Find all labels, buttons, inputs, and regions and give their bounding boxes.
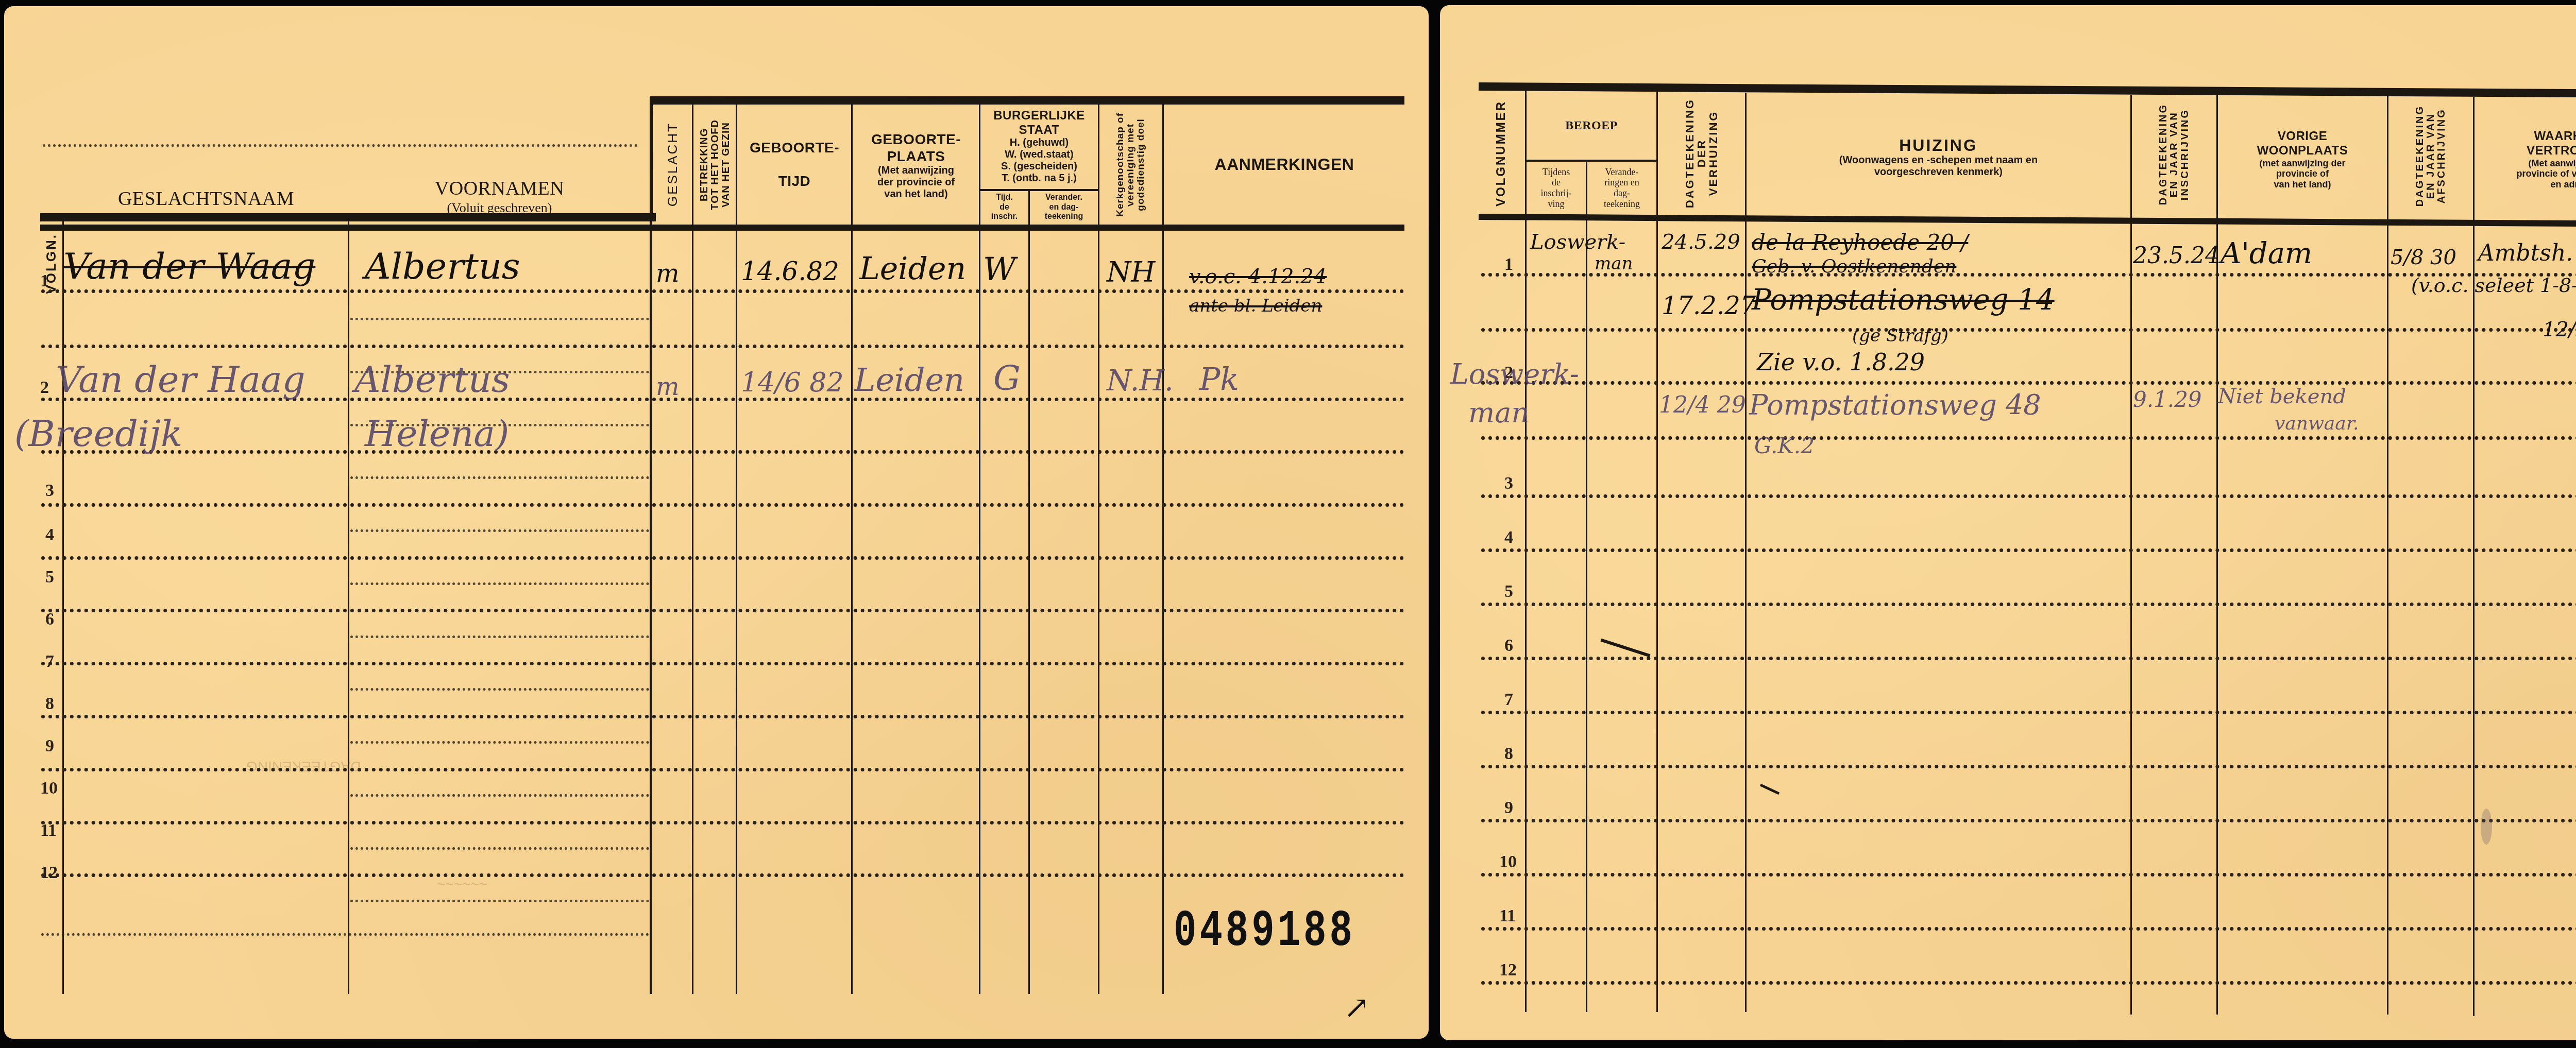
header-step-rule: [650, 99, 653, 221]
entry-2-surname: Van der Haag: [56, 362, 305, 398]
entry-2-maiden-given-names: Helena): [365, 416, 509, 452]
header-kerkgenootschap: Kerkgenootschap of vereeniging met godsd…: [1099, 107, 1162, 222]
row-number: 10: [1499, 852, 1517, 872]
voornamen-subline: [350, 900, 649, 902]
entry-1-address-1: de la Reyhoede 20 /: [1752, 232, 1968, 253]
row-number: 1: [40, 271, 49, 291]
entry-1-move-date-1: 24.5.29: [1662, 232, 1740, 252]
blank-line-top: [43, 144, 638, 147]
col-line: [692, 99, 693, 994]
entry-2-maiden-surname: (Breedijk: [14, 416, 182, 452]
row-line-1: [41, 289, 1404, 293]
row-line-7: [1481, 711, 2576, 714]
col-line: [2473, 97, 2475, 1016]
voornamen-subline: [350, 529, 649, 532]
header-bs-verander: Verander. en dag- teekening: [1030, 192, 1098, 224]
pen-mark: [1760, 784, 1780, 795]
row-line-7: [41, 609, 1404, 612]
col-line: [62, 221, 64, 994]
entry-1-remark-2: ante bl. Leiden: [1189, 297, 1322, 315]
entry-2-registration-date: 9.1.29: [2133, 389, 2202, 410]
entry-2-move-date: 12/4 29: [1659, 394, 1746, 417]
row-line-9: [1481, 819, 2576, 822]
row-number: 5: [1504, 582, 1513, 602]
row-number: 3: [1504, 474, 1513, 493]
row-number: 3: [45, 481, 54, 501]
entry-1-address-3: Pompstationsweg 14: [1752, 286, 2055, 315]
header-betrekking: BETREKKING TOT HET HOOFD VAN HET GEZIN: [694, 107, 736, 222]
col-line: [650, 221, 652, 994]
header-waarheen-vertrokken: WAARHEEN VERTROKKEN (Met aanwijzing der …: [2475, 108, 2576, 211]
row-number: 9: [45, 736, 54, 756]
row-number: 5: [45, 568, 54, 587]
row-number: 6: [45, 610, 54, 629]
row-line-3: [1481, 494, 2576, 498]
voornamen-subline: [350, 847, 649, 850]
entry-2-address-1: Pompstationsweg 48: [1749, 391, 2041, 419]
header-geslachtsnaam: GESLACHTSNAAM: [64, 176, 348, 222]
voornamen-subline: [350, 688, 649, 691]
entry-1-address-4: (ge Strafg): [1852, 327, 1948, 345]
header-rule-top: [650, 96, 1404, 105]
header-aanmerkingen: AANMERKINGEN: [1164, 107, 1404, 222]
entry-1-deregistration-date: 5/8 30: [2391, 247, 2456, 268]
col-line: [1586, 160, 1587, 1012]
row-number: 11: [40, 821, 57, 840]
entry-1-surname: Van der Waag: [63, 248, 315, 284]
row-number: 7: [45, 652, 54, 672]
row-line-4: [41, 450, 1404, 454]
row-number: 9: [1504, 798, 1513, 818]
row-line-6: [41, 556, 1404, 560]
row-number: 2: [40, 378, 49, 398]
entry-1-religion: NH: [1107, 259, 1155, 286]
row-line-10: [41, 768, 1404, 771]
entry-2-civil-status: G: [993, 362, 1021, 396]
entry-1-civil-status: W: [983, 253, 1016, 285]
entry-1-destination-2: (v.o.c. seleet 1-8-29): [2411, 276, 2576, 295]
row-line-12: [41, 873, 1404, 877]
row-number: 10: [40, 779, 58, 798]
col-line: [2387, 95, 2388, 1015]
row-subline: [1481, 328, 2576, 332]
entry-2-previous-residence: Niet bekend: [2218, 386, 2346, 407]
voornamen-subline: [350, 635, 649, 638]
entry-2-address-2: G.K.2: [1754, 435, 1815, 457]
entry-1-occupation: Loswerk-: [1530, 232, 1625, 252]
entry-2-occupation: Loswerk-: [1450, 360, 1579, 388]
voornamen-subline: [350, 794, 649, 797]
entry-1-destination-3: 12/2 ×: [2543, 319, 2576, 340]
row-line-9: [41, 715, 1404, 718]
row-number: 11: [1499, 906, 1516, 926]
entry-1-remark-1: v.o.c. 4.12.24: [1189, 266, 1327, 287]
row-line-12: [1481, 981, 2576, 985]
row-number: 4: [45, 525, 54, 545]
entry-1-destination-1: Ambtsh. gevangen: [2478, 242, 2576, 265]
entry-1-move-date-2: 17.2.27: [1662, 294, 1756, 318]
col-line: [1098, 99, 1099, 994]
entry-2-sex: m: [656, 374, 680, 399]
row-line-11: [1481, 927, 2576, 931]
entry-1-birth-place: Leiden: [859, 253, 966, 284]
entry-2-birth-date: 14/6 82: [741, 369, 843, 396]
entry-2-remark: Pk: [1199, 364, 1239, 395]
voornamen-subline: [350, 476, 649, 479]
header-beroep: BEROEP: [1527, 95, 1656, 157]
entry-1-birth-date: 14.6.82: [741, 259, 839, 284]
entry-1-given-names: Albertus: [365, 248, 520, 284]
entry-1-sex: m: [656, 261, 680, 286]
header-burgerlijke-staat: BURGERLIJKE STAAT H. (gehuwd) W. (wed.st…: [980, 104, 1098, 189]
row-number: 4: [1504, 528, 1513, 547]
voornamen-subline: [350, 741, 649, 744]
row-line-6: [1481, 657, 2576, 660]
row-line-11: [41, 821, 1404, 824]
voornamen-subline: [350, 318, 649, 320]
entry-2-birth-place: Leiden: [854, 364, 964, 396]
header-vorige-woonplaats: VORIGE WOONPLAATS (met aanwijzing der pr…: [2218, 108, 2387, 211]
header-volgnummer: VOLGNUMMER: [1479, 93, 1524, 214]
beroep-split-rule: [1527, 160, 1656, 162]
col-line: [1162, 99, 1164, 994]
row-number: 1: [1504, 255, 1513, 274]
ink-smudge: [2481, 809, 2492, 845]
pen-mark: [1601, 639, 1651, 658]
corner-mark: ↗: [1344, 992, 1369, 1023]
col-line: [851, 99, 853, 994]
bottom-line: [41, 933, 649, 936]
header-dagteekening-verhuizing: DAGTEEKENING DER VERHUIZING: [1658, 93, 1745, 214]
col-line: [2130, 95, 2132, 1015]
header-voornamen: VOORNAMEN (Voluit geschreven): [349, 171, 650, 222]
bleed-through-text: DAGTEEKENING: [246, 758, 361, 775]
row-line-8: [41, 662, 1404, 665]
header-rule-bottom: [40, 225, 1404, 231]
entry-1-occupation-2: man: [1595, 255, 1633, 272]
header-geboortetijd: GEBOORTE- TIJD: [738, 107, 851, 222]
entry-2-previous-residence-2: vanwaar.: [2275, 415, 2359, 433]
entry-1-address-5: Zie v.o. 1.8.29: [1757, 350, 1925, 374]
header-geslacht: GESLACHT: [654, 107, 691, 222]
header-rule-bottom: [1479, 214, 2576, 228]
voornamen-subline: [350, 582, 649, 585]
entry-2-occupation-2: man: [1468, 399, 1529, 427]
col-line: [736, 99, 737, 994]
header-beroep-tijdens: Tijdens de inschrij- ving: [1527, 162, 1586, 214]
header-beroep-veranderingen: Verande- ringen en dag- teekening: [1587, 162, 1656, 214]
row-line-5: [1481, 603, 2576, 606]
row-line-5: [41, 503, 1404, 507]
col-line: [979, 99, 980, 994]
row-number: 12: [1499, 960, 1517, 980]
entry-1-registration-date: 23.5.24: [2133, 245, 2219, 267]
register-card-front: VOLGN. GESLACHTSNAAM VOORNAMEN (Voluit g…: [4, 6, 1429, 1039]
bleed-through-text: ~~~~~~: [437, 877, 487, 893]
register-card-back: VOLGNUMMER BEROEP Tijdens de inschrij- v…: [1440, 5, 2576, 1040]
card-serial-stamp: 0489188: [1174, 902, 1355, 960]
header-dagteekening-inschrijving: DAGTEEKENING EN JAAR VAN INSCHRIJVING: [2132, 95, 2216, 214]
row-line-8: [1481, 765, 2576, 768]
header-bs-tijd: Tijd. de inschr.: [980, 192, 1028, 224]
entry-1-address-2: Geb. v. Oostkenenden: [1752, 257, 1956, 276]
bs-split-rule: [980, 189, 1098, 191]
col-line: [2216, 95, 2218, 1015]
row-subline: [1481, 436, 2576, 440]
row-line-10: [1481, 873, 2576, 877]
row-number: 7: [1504, 690, 1513, 710]
entry-2-religion: N.H.: [1107, 367, 1174, 396]
row-line-2: [41, 345, 1404, 348]
entry-1-previous-residence: A'dam: [2221, 239, 2312, 268]
row-number: 12: [40, 863, 58, 883]
entry-2-given-names: Albertus: [354, 362, 510, 398]
row-line-2: [1481, 381, 2576, 385]
col-line: [348, 221, 349, 994]
header-geboorteplaats: GEBOORTE- PLAATS (Met aanwijzing der pro…: [853, 114, 979, 217]
row-number: 6: [1504, 636, 1513, 656]
row-line-4: [1481, 548, 2576, 552]
row-number: 8: [1504, 744, 1513, 764]
header-huizing: HUIZING (Woonwagens en -schepen met naam…: [1747, 103, 2130, 211]
header-dagteekening-afschrijving: DAGTEEKENING EN JAAR VAN AFSCHRIJVING: [2388, 97, 2473, 215]
row-number: 8: [45, 694, 54, 714]
